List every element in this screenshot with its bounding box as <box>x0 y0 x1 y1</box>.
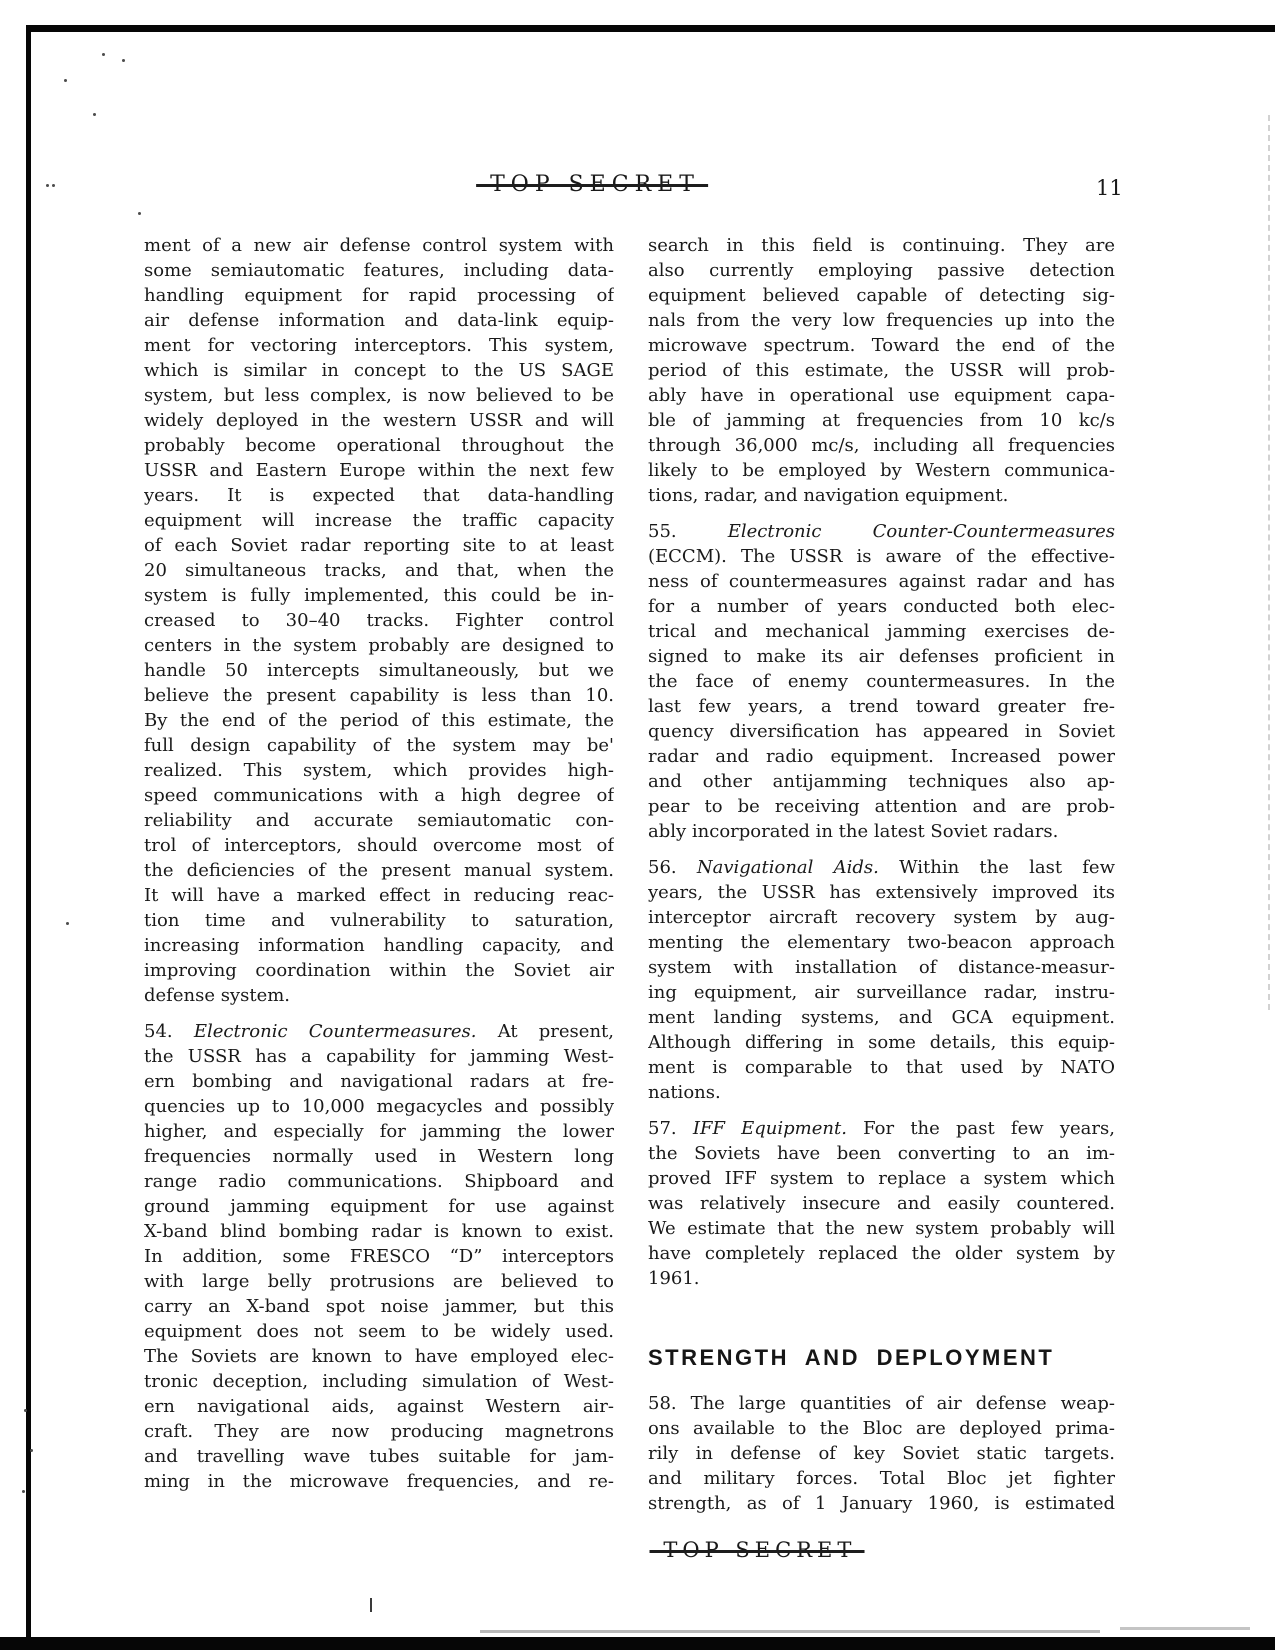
text-line: nations. <box>648 1080 1115 1105</box>
text-line: years, the USSR has extensively improved… <box>648 880 1115 905</box>
scan-border-bottom <box>0 1637 1275 1650</box>
text-line: strength, as of 1 January 1960, is estim… <box>648 1491 1115 1516</box>
paragraph: ment of a new air defense control system… <box>144 233 614 1008</box>
text-line: system, but less complex, is now believe… <box>144 383 614 408</box>
text-line: pear to be receiving attention and are p… <box>648 794 1115 819</box>
text-line: equipment will increase the traffic capa… <box>144 508 614 533</box>
text-line: ern navigational aids, against Western a… <box>144 1394 614 1419</box>
scan-speck <box>138 212 141 215</box>
text-line: ably have in operational use equipment c… <box>648 383 1115 408</box>
scan-margin-dashes <box>1268 115 1270 1010</box>
text-line: the deficiencies of the present manual s… <box>144 858 614 883</box>
text-line: the Soviets have been converting to an i… <box>648 1141 1115 1166</box>
text-line: 58. The large quantities of air defense … <box>648 1391 1115 1416</box>
text-line: speed communications with a high degree … <box>144 783 614 808</box>
text-line: creased to 30–40 tracks. Fighter control <box>144 608 614 633</box>
text-line: ground jamming equipment for use against <box>144 1194 614 1219</box>
scan-speck <box>30 1449 33 1452</box>
text-line: the USSR has a capability for jamming We… <box>144 1044 614 1069</box>
text-line: carry an X-band spot noise jammer, but t… <box>144 1294 614 1319</box>
footer-classification: TOP SECRET <box>663 1538 856 1562</box>
text-line: ble of jamming at frequencies from 10 kc… <box>648 408 1115 433</box>
text-line: ness of countermeasures against radar an… <box>648 569 1115 594</box>
text-line: trical and mechanical jamming exercises … <box>648 619 1115 644</box>
text-line: 1961. <box>648 1266 1115 1291</box>
text-line: Although differing in some details, this… <box>648 1030 1115 1055</box>
text-line: likely to be employed by Western communi… <box>648 458 1115 483</box>
text-line: menting the elementary two-beacon approa… <box>648 930 1115 955</box>
scan-speck <box>64 79 67 82</box>
scan-speck <box>24 1409 27 1412</box>
text-line: 55. Electronic Counter-Countermeasures <box>648 519 1115 544</box>
text-line: air defense information and data-link eq… <box>144 308 614 333</box>
text-line: defense system. <box>144 983 614 1008</box>
text-line: and travelling wave tubes suitable for j… <box>144 1444 614 1469</box>
scan-speck <box>46 184 49 187</box>
text-line: reliability and accurate semiautomatic c… <box>144 808 614 833</box>
paragraph-54-electronic-countermeasures: 54. Electronic Countermeasures. At prese… <box>144 1019 614 1494</box>
scan-smudge <box>1120 1627 1250 1630</box>
scan-speck <box>66 922 69 925</box>
text-line: and other antijamming techniques also ap… <box>648 769 1115 794</box>
text-line: of each Soviet radar reporting site to a… <box>144 533 614 558</box>
text-line: handling equipment for rapid processing … <box>144 283 614 308</box>
text-line: which is similar in concept to the US SA… <box>144 358 614 383</box>
text-line: 56. Navigational Aids. Within the last f… <box>648 855 1115 880</box>
scan-border-left <box>26 25 31 1650</box>
paragraph: search in this field is continuing. They… <box>648 233 1115 508</box>
text-line: (ECCM). The USSR is aware of the effecti… <box>648 544 1115 569</box>
text-line: also currently employing passive detecti… <box>648 258 1115 283</box>
text-line: have completely replaced the older syste… <box>648 1241 1115 1266</box>
text-line: system with installation of distance-mea… <box>648 955 1115 980</box>
text-line: through 36,000 mc/s, including all frequ… <box>648 433 1115 458</box>
text-line: last few years, a trend toward greater f… <box>648 694 1115 719</box>
scan-speck <box>52 184 55 187</box>
text-line: handle 50 intercepts simultaneously, but… <box>144 658 614 683</box>
text-line: X-band blind bombing radar is known to e… <box>144 1219 614 1244</box>
text-line: higher, and especially for jamming the l… <box>144 1119 614 1144</box>
text-line: years. It is expected that data-handling <box>144 483 614 508</box>
text-line: ably incorporated in the latest Soviet r… <box>648 819 1115 844</box>
scan-speck <box>102 53 105 56</box>
text-line: ons available to the Bloc are deployed p… <box>648 1416 1115 1441</box>
text-line: signed to make its air defenses proficie… <box>648 644 1115 669</box>
scan-smudge <box>480 1630 1100 1633</box>
text-line: widely deployed in the western USSR and … <box>144 408 614 433</box>
scan-speck <box>93 113 96 116</box>
text-line: and military forces. Total Bloc jet figh… <box>648 1466 1115 1491</box>
text-line: nals from the very low frequencies up in… <box>648 308 1115 333</box>
text-line: full design capability of the system may… <box>144 733 614 758</box>
section-heading-strength-and-deployment: STRENGTH AND DEPLOYMENT <box>648 1345 1115 1371</box>
text-line: the face of enemy countermeasures. In th… <box>648 669 1115 694</box>
text-line: equipment does not seem to be widely use… <box>144 1319 614 1344</box>
text-line: ment for vectoring interceptors. This sy… <box>144 333 614 358</box>
paragraph-57-iff-equipment: 57. IFF Equipment. For the past few year… <box>648 1116 1115 1291</box>
text-line: for a number of years conducted both ele… <box>648 594 1115 619</box>
text-line: We estimate that the new system probably… <box>648 1216 1115 1241</box>
text-line: quencies up to 10,000 megacycles and pos… <box>144 1094 614 1119</box>
scan-border-top <box>26 25 1275 32</box>
text-line: rily in defense of key Soviet static tar… <box>648 1441 1115 1466</box>
text-line: range radio communications. Shipboard an… <box>144 1169 614 1194</box>
paragraph-58-strength: 58. The large quantities of air defense … <box>648 1391 1115 1516</box>
text-line: ment of a new air defense control system… <box>144 233 614 258</box>
text-line: It will have a marked effect in reducing… <box>144 883 614 908</box>
text-line: ing equipment, air surveillance radar, i… <box>648 980 1115 1005</box>
text-line: 54. Electronic Countermeasures. At prese… <box>144 1019 614 1044</box>
text-line: tions, radar, and navigation equipment. <box>648 483 1115 508</box>
text-line: USSR and Eastern Europe within the next … <box>144 458 614 483</box>
paragraph-55-eccm: 55. Electronic Counter-Countermeasures(E… <box>648 519 1115 844</box>
text-line: ming in the microwave frequencies, and r… <box>144 1469 614 1494</box>
text-line: system is fully implemented, this could … <box>144 583 614 608</box>
scan-speck <box>22 1490 25 1493</box>
text-line: was relatively insecure and easily count… <box>648 1191 1115 1216</box>
text-line: tion time and vulnerability to saturatio… <box>144 908 614 933</box>
text-line: 57. IFF Equipment. For the past few year… <box>648 1116 1115 1141</box>
text-line: ment landing systems, and GCA equipment. <box>648 1005 1115 1030</box>
text-line: microwave spectrum. Toward the end of th… <box>648 333 1115 358</box>
text-line: centers in the system probably are desig… <box>144 633 614 658</box>
text-line: realized. This system, which provides hi… <box>144 758 614 783</box>
text-line: equipment believed capable of detecting … <box>648 283 1115 308</box>
text-line: 20 simultaneous tracks, and that, when t… <box>144 558 614 583</box>
text-line: search in this field is continuing. They… <box>648 233 1115 258</box>
document-page: TOP SECRET 11 ment of a new air defense … <box>0 0 1275 1650</box>
text-line: ment is comparable to that used by NATO <box>648 1055 1115 1080</box>
page-number: 11 <box>1096 176 1123 200</box>
text-line: tronic deception, including simulation o… <box>144 1369 614 1394</box>
text-line: craft. They are now producing magnetrons <box>144 1419 614 1444</box>
paragraph-56-navigational-aids: 56. Navigational Aids. Within the last f… <box>648 855 1115 1105</box>
text-line: believe the present capability is less t… <box>144 683 614 708</box>
text-line: quency diversification has appeared in S… <box>648 719 1115 744</box>
text-line: period of this estimate, the USSR will p… <box>648 358 1115 383</box>
text-line: some semiautomatic features, including d… <box>144 258 614 283</box>
text-line: The Soviets are known to have employed e… <box>144 1344 614 1369</box>
text-line: By the end of the period of this estimat… <box>144 708 614 733</box>
right-column: search in this field is continuing. They… <box>648 233 1115 1516</box>
text-line: trol of interceptors, should overcome mo… <box>144 833 614 858</box>
scan-speck <box>122 59 125 62</box>
text-line: In addition, some FRESCO “D” interceptor… <box>144 1244 614 1269</box>
text-line: proved IFF system to replace a system wh… <box>648 1166 1115 1191</box>
header-classification: TOP SECRET <box>490 172 700 197</box>
text-line: improving coordination within the Soviet… <box>144 958 614 983</box>
text-line: increasing information handling capacity… <box>144 933 614 958</box>
text-line: interceptor aircraft recovery system by … <box>648 905 1115 930</box>
text-line: ern bombing and navigational radars at f… <box>144 1069 614 1094</box>
text-line: radar and radio equipment. Increased pow… <box>648 744 1115 769</box>
text-line: probably become operational throughout t… <box>144 433 614 458</box>
left-column: ment of a new air defense control system… <box>144 233 614 1494</box>
text-line: frequencies normally used in Western lon… <box>144 1144 614 1169</box>
scan-mark <box>370 1598 372 1612</box>
text-line: with large belly protrusions are believe… <box>144 1269 614 1294</box>
